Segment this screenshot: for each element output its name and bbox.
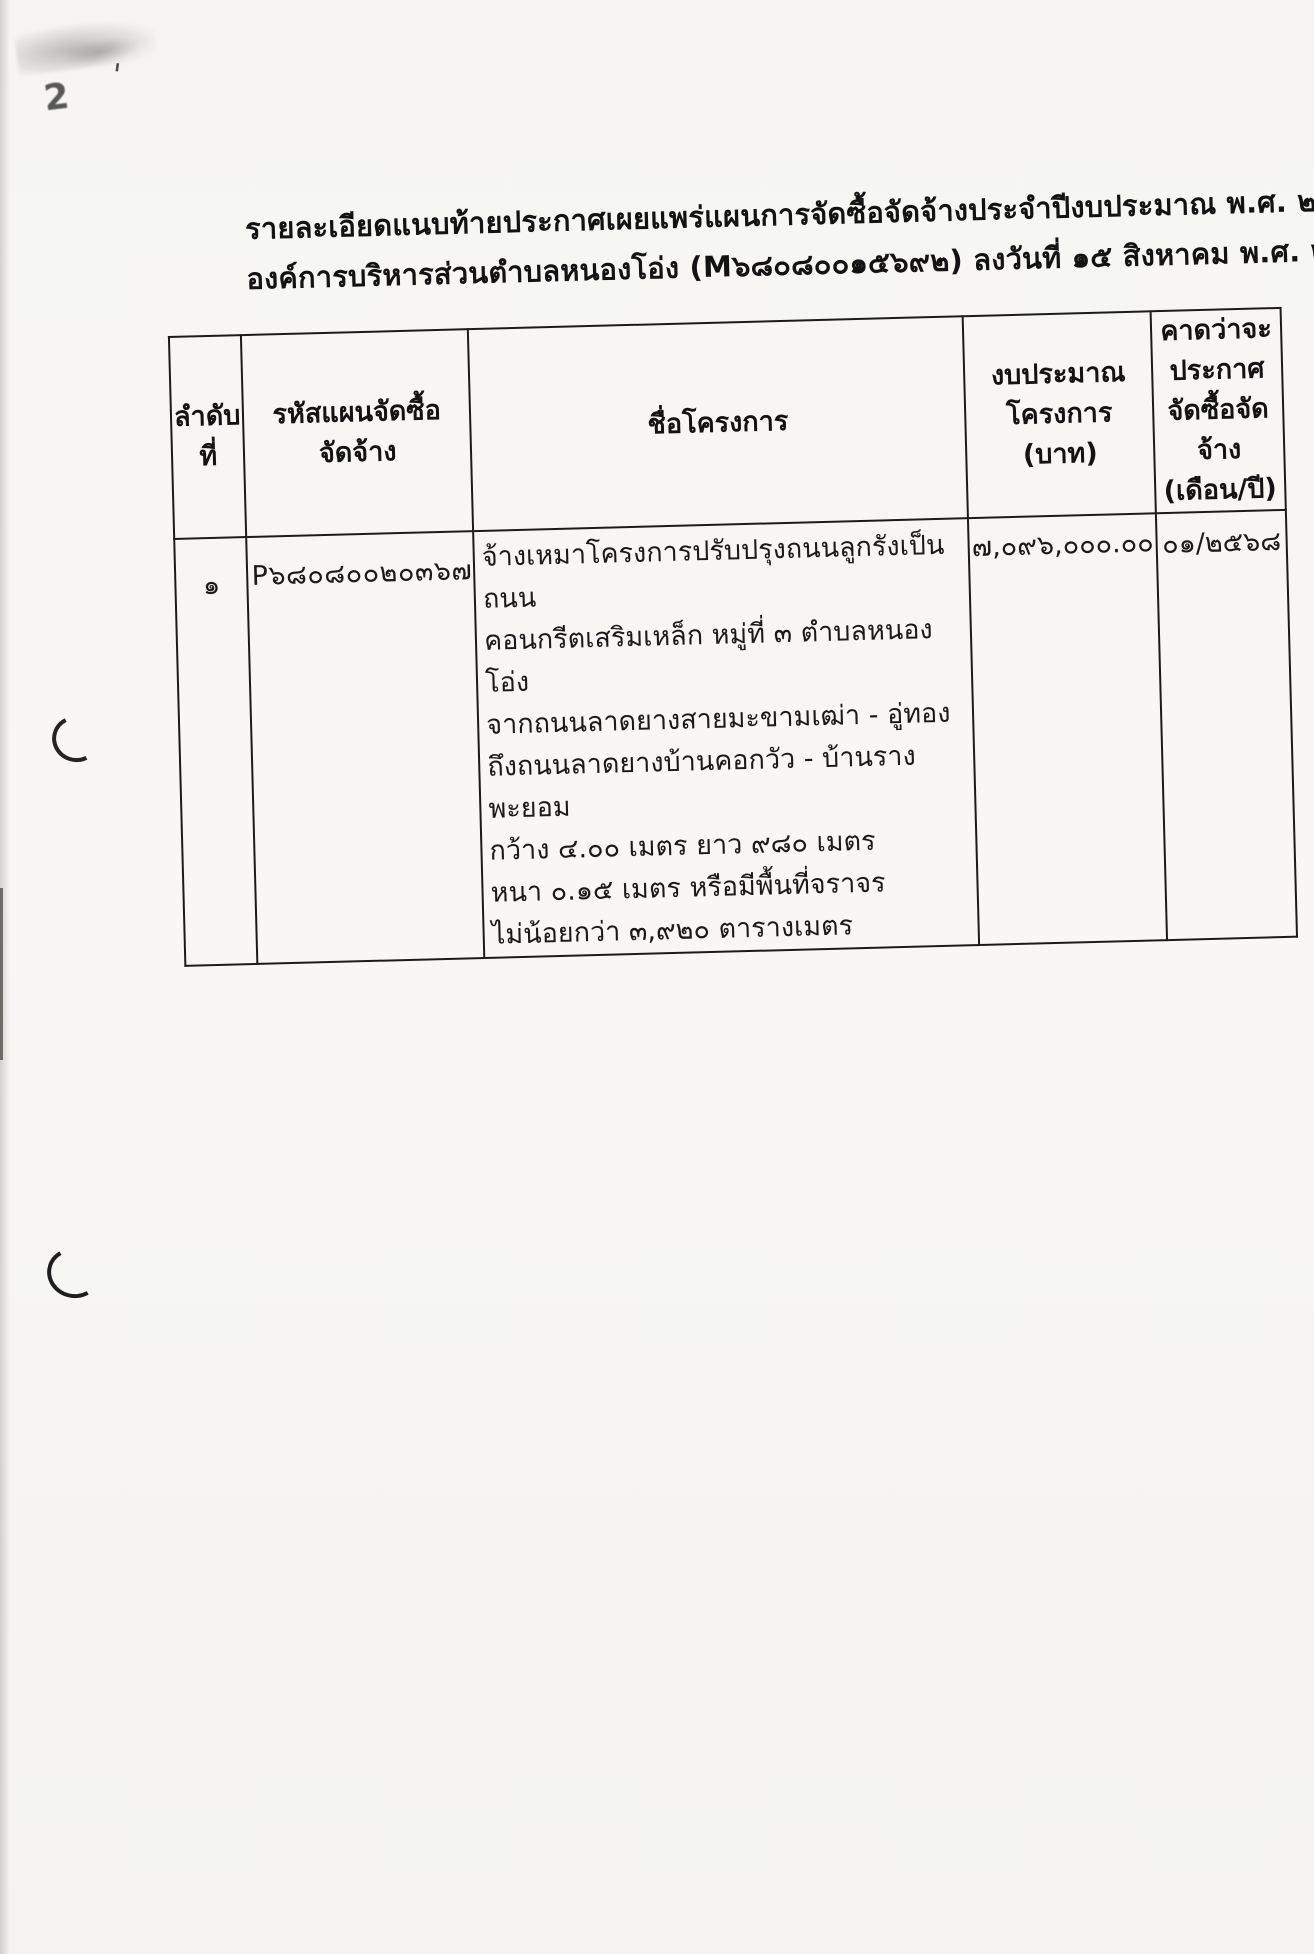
scan-edge-line (0, 888, 3, 1060)
table-row: ๑ P๖๘๐๘๐๐๒๐๓๖๗ จ้างเหมาโครงการปรับปรุงถน… (174, 510, 1297, 966)
document-sheet: รายละเอียดแนบท้ายประกาศเผยแพร่แผนการจัดซ… (0, 0, 1314, 1954)
header-announce-date: คาดว่าจะ ประกาศ จัดซื้อจัด จ้าง (เดือน/ป… (1151, 308, 1286, 513)
cell-budget-amount: ๗,๐๙๖,๐๐๐.๐๐ (968, 513, 1167, 945)
document-title: รายละเอียดแนบท้ายประกาศเผยแพร่แผนการจัดซ… (244, 179, 1206, 304)
scanned-page: 2 ' รายละเอียดแนบท้ายประกาศเผยแพร่แผนการ… (0, 0, 1314, 1954)
cell-sequence-no: ๑ (174, 537, 258, 966)
header-budget: งบประมาณ โครงการ (บาท) (963, 311, 1156, 518)
cell-project-name: จ้างเหมาโครงการปรับปรุงถนนลูกรังเป็นถนน … (473, 518, 979, 958)
header-project-name: ชื่อโครงการ (468, 316, 968, 531)
header-sequence-no: ลำดับ ที่ (169, 335, 247, 539)
header-plan-code: รหัสแผนจัดซื้อ จัดจ้าง (241, 329, 473, 537)
cell-plan-code: P๖๘๐๘๐๐๒๐๓๖๗ (247, 531, 485, 964)
procurement-plan-table: ลำดับ ที่ รหัสแผนจัดซื้อ จัดจ้าง ชื่อโคร… (168, 307, 1298, 967)
table-header-row: ลำดับ ที่ รหัสแผนจัดซื้อ จัดจ้าง ชื่อโคร… (169, 308, 1286, 539)
cell-announce-date: ๐๑/๒๕๖๘ (1156, 510, 1297, 940)
